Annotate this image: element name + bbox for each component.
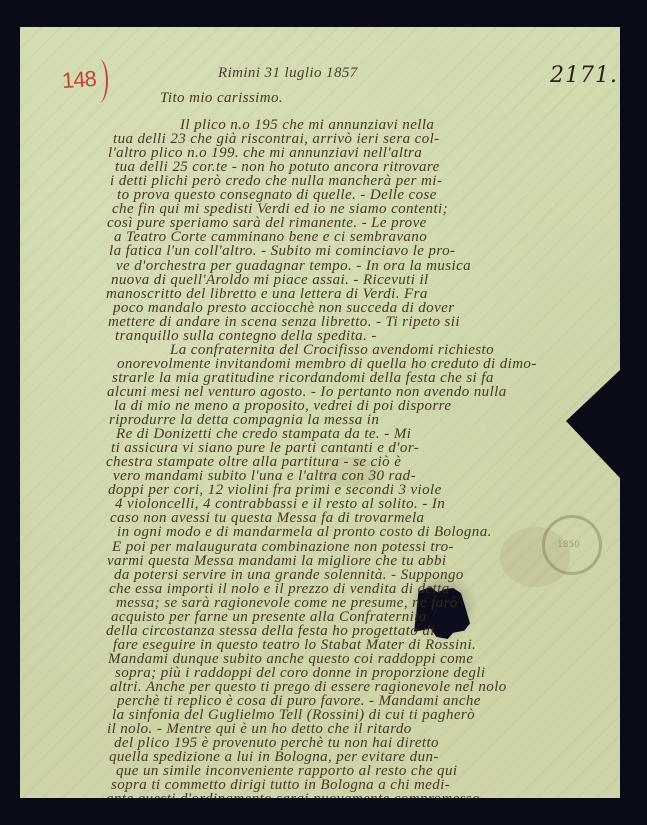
folio-bracket-mark xyxy=(90,59,108,103)
salutation: Tito mio carissimo. xyxy=(160,90,283,107)
archive-number: 2171. xyxy=(550,63,618,88)
handwritten-line: A te mi raccomando. - Io intanto pardon … xyxy=(113,805,610,822)
date-line: Rimini 31 luglio 1857 xyxy=(218,65,358,82)
letter-paper: 148 2171. Rimini 31 luglio 1857 Tito mio… xyxy=(20,27,620,798)
scanned-document: 148 2171. Rimini 31 luglio 1857 Tito mio… xyxy=(0,0,647,825)
handwritten-line: ante questi d'ordinamento sarai nuovamen… xyxy=(106,791,610,808)
